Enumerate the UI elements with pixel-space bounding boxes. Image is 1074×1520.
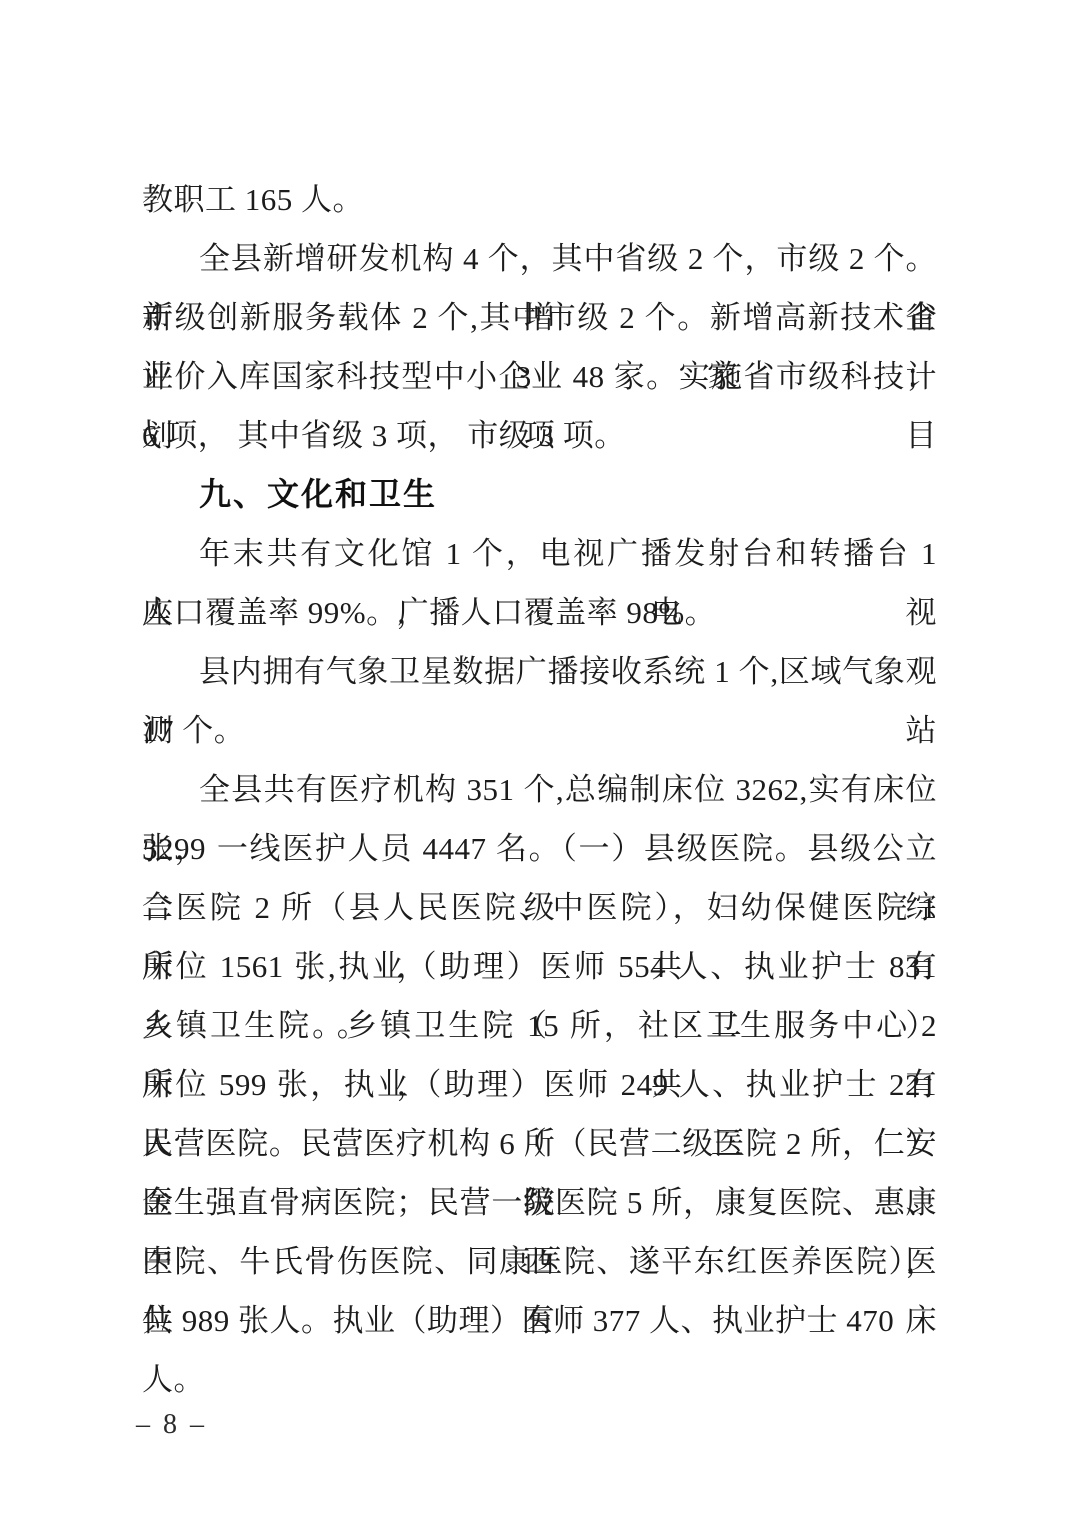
text-line: 民营医院。民营医疗机构 6 所（民营二级医院 2 所，仁安医院、 xyxy=(142,1114,937,1173)
text-line: 乡镇卫生院。乡镇卫生院 15 所，社区卫生服务中心 2 所，共有 xyxy=(142,996,937,1055)
text-line: 年末共有文化馆 1 个，电视广播发射台和转播台 1 座，电视 xyxy=(142,524,937,583)
text-line: 医院、牛氏骨伤医院、同康医院、遂平东红医养医院），共有床 xyxy=(142,1232,937,1291)
text-line: 位 989 张人。执业（助理）医师 377 人、执业护士 470 人。 xyxy=(142,1291,937,1350)
text-line: 张， 一线医护人员 4447 名。（一）县级医院。县级公立二级综 xyxy=(142,819,937,878)
text-line: 床位 599 张，执业（助理）医师 249 人、执业护士 221 人。（三） xyxy=(142,1055,937,1114)
text-line: 教职工 165 人。 xyxy=(142,170,937,229)
document-content: 教职工 165 人。 全县新增研发机构 4 个，其中省级 2 个，市级 2 个。… xyxy=(142,170,937,1350)
text-line: 县内拥有气象卫星数据广播接收系统 1 个,区域气象观测站 xyxy=(142,642,937,701)
page-number: – 8 – xyxy=(136,1408,207,1442)
text-line: 全县共有医疗机构 351 个,总编制床位 3262,实有床位 3299 xyxy=(142,760,937,819)
text-line: 金生强直骨病医院；民营一级医院 5 所，康复医院、惠康中西医 xyxy=(142,1173,937,1232)
text-line: 床位 1561 张,执业（助理）医师 554 人、执业护士 831 人。（二） xyxy=(142,937,937,996)
text-line: 评价入库国家科技型中小企业 48 家。实施省市级科技计划项目 xyxy=(142,347,937,406)
text-line: 市级创新服务载体 2 个,其中市级 2 个。新增高新技术企业 3 家； xyxy=(142,288,937,347)
section-heading: 九、文化和卫生 xyxy=(142,465,937,524)
text-line: 全县新增研发机构 4 个，其中省级 2 个，市级 2 个。新增省 xyxy=(142,229,937,288)
document-page: 教职工 165 人。 全县新增研发机构 4 个，其中省级 2 个，市级 2 个。… xyxy=(0,0,1074,1520)
text-line: 合医院 2 所（县人民医院、中医院），妇幼保健医院 1 所，共有 xyxy=(142,878,937,937)
